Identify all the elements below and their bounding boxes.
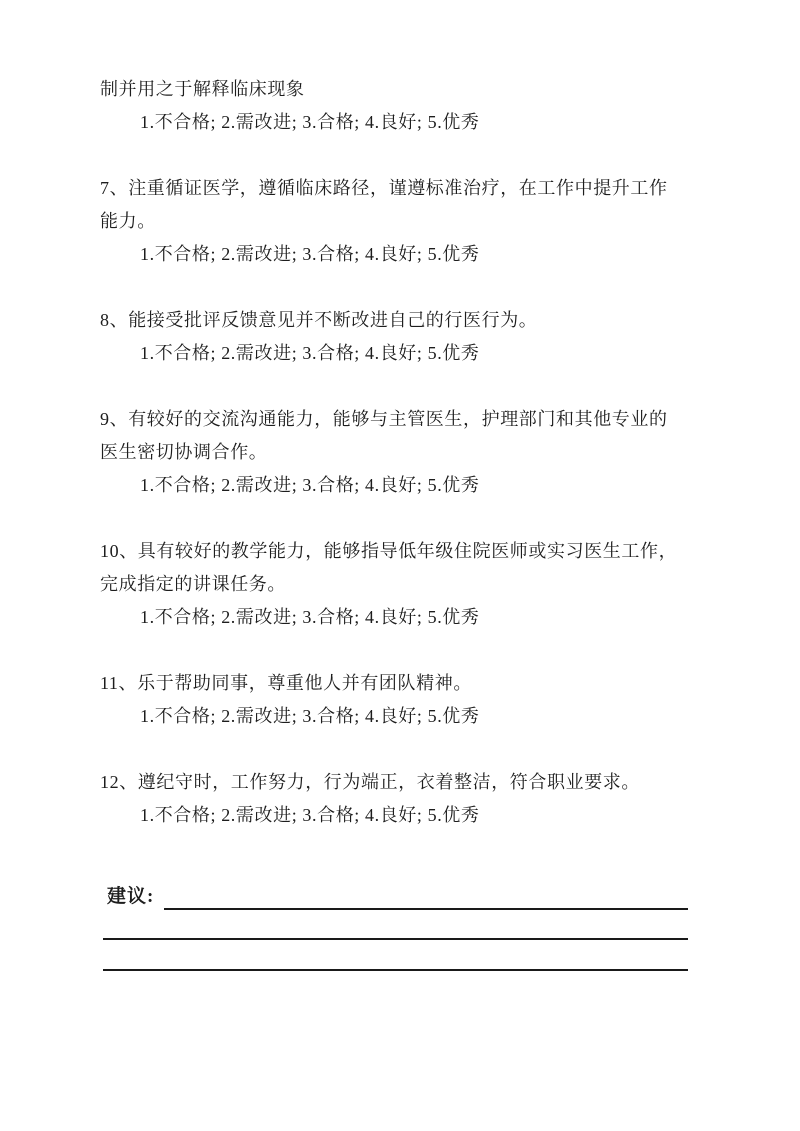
question-item: 9、有较好的交流沟通能力，能够与主管医生，护理部门和其他专业的医生密切协调合作。… — [100, 403, 692, 502]
question-continuation-block: 制并用之于解释临床现象 1.不合格; 2.需改进; 3.合格; 4.良好; 5.… — [100, 73, 692, 139]
rating-scale-line: 1.不合格; 2.需改进; 3.合格; 4.良好; 5.优秀 — [100, 337, 692, 370]
rating-scale-line: 1.不合格; 2.需改进; 3.合格; 4.良好; 5.优秀 — [100, 799, 692, 832]
rating-scale-line: 1.不合格; 2.需改进; 3.合格; 4.良好; 5.优秀 — [100, 238, 692, 271]
document-page: 制并用之于解释临床现象 1.不合格; 2.需改进; 3.合格; 4.良好; 5.… — [0, 0, 800, 1131]
question-text-line: 7、注重循证医学，遵循临床路径，谨遵标准治疗，在工作中提升工作 — [100, 172, 692, 205]
rating-scale-line: 1.不合格; 2.需改进; 3.合格; 4.良好; 5.优秀 — [100, 700, 692, 733]
suggestion-row: 建议: — [100, 884, 692, 910]
question-text-line: 能力。 — [100, 205, 692, 238]
suggestion-label: 建议: — [107, 884, 154, 910]
rating-scale-line: 1.不合格; 2.需改进; 3.合格; 4.良好; 5.优秀 — [100, 106, 692, 139]
question-items: 7、注重循证医学，遵循临床路径，谨遵标准治疗，在工作中提升工作能力。1.不合格;… — [100, 172, 692, 832]
suggestion-fill-in-line — [103, 940, 688, 971]
question-text-line: 12、遵纪守时，工作努力，行为端正，衣着整洁，符合职业要求。 — [100, 766, 692, 799]
question-text-line: 完成指定的讲课任务。 — [100, 568, 692, 601]
question-item: 7、注重循证医学，遵循临床路径，谨遵标准治疗，在工作中提升工作能力。1.不合格;… — [100, 172, 692, 271]
question-text-line: 9、有较好的交流沟通能力，能够与主管医生，护理部门和其他专业的 — [100, 403, 692, 436]
question-text-line: 8、能接受批评反馈意见并不断改进自己的行医行为。 — [100, 304, 692, 337]
rating-scale-line: 1.不合格; 2.需改进; 3.合格; 4.良好; 5.优秀 — [100, 469, 692, 502]
question-item: 10、具有较好的教学能力，能够指导低年级住院医师或实习医生工作，完成指定的讲课任… — [100, 535, 692, 634]
question-item: 11、乐于帮助同事，尊重他人并有团队精神。1.不合格; 2.需改进; 3.合格;… — [100, 667, 692, 733]
suggestion-fill-in-line — [164, 884, 688, 910]
question-text-line: 10、具有较好的教学能力，能够指导低年级住院医师或实习医生工作， — [100, 535, 692, 568]
question-item: 8、能接受批评反馈意见并不断改进自己的行医行为。1.不合格; 2.需改进; 3.… — [100, 304, 692, 370]
document-content: 制并用之于解释临床现象 1.不合格; 2.需改进; 3.合格; 4.良好; 5.… — [100, 73, 692, 971]
suggestion-fill-in-line — [103, 910, 688, 940]
suggestion-section: 建议: — [100, 884, 692, 971]
question-text-line: 11、乐于帮助同事，尊重他人并有团队精神。 — [100, 667, 692, 700]
question-continuation-text: 制并用之于解释临床现象 — [100, 73, 692, 106]
question-item: 12、遵纪守时，工作努力，行为端正，衣着整洁，符合职业要求。1.不合格; 2.需… — [100, 766, 692, 832]
question-text-line: 医生密切协调合作。 — [100, 436, 692, 469]
rating-scale-line: 1.不合格; 2.需改进; 3.合格; 4.良好; 5.优秀 — [100, 601, 692, 634]
